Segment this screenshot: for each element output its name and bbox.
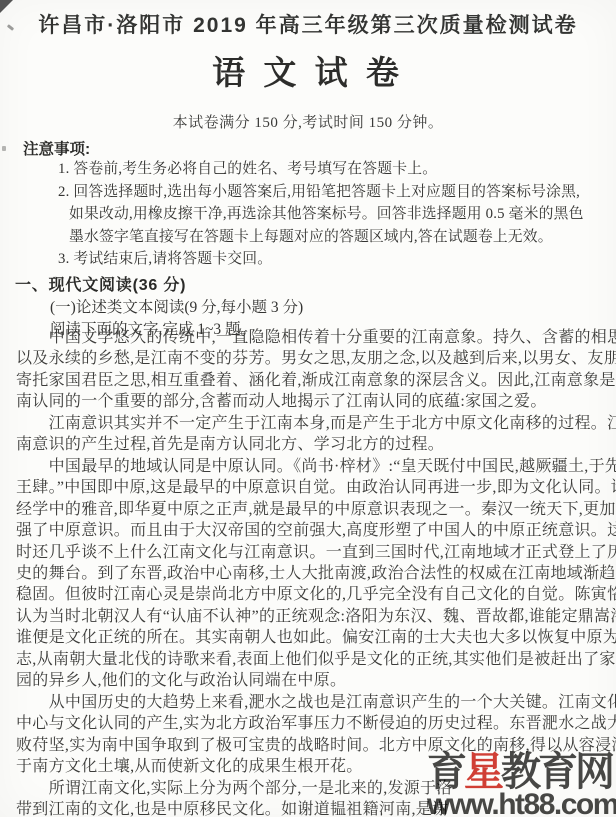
section-heading: 一、现代文阅读(36 分)	[15, 272, 186, 295]
passage-line: 认为当时北朝汉人有“认庙不认神”的正统观念:洛阳为东汉、魏、晋故都,谁能定鼎嵩洛…	[16, 606, 610, 627]
passage-line: 强了中原意识。而且由于大汉帝国的空前强大,高度形塑了中国人的中原正统意识。这	[16, 520, 610, 541]
passage-line: 南意识的产生过程,首先是南方认同北方、学习北方的过程。	[16, 434, 610, 455]
notice-line: 2. 回答选择题时,选出每小题答案后,用铅笔把答题卡上对应题目的答案标号涂黑,	[58, 181, 603, 204]
passage-line: 史的舞台。到了东晋,政治中心南移,士人大批南渡,政治合法性的权威在江南地域渐趋	[16, 563, 610, 584]
passage-line: 从中国历史的大趋势上来看,淝水之战也是江南意识产生的一个大关键。江南文化	[16, 692, 610, 713]
exam-info-line: 本试卷满分 150 分,考试时间 150 分钟。	[0, 111, 616, 132]
passage-line: 中国最早的地域认同是中原认同。《尚书·梓材》:“皇天既付中国民,越厥疆土,于先	[16, 456, 610, 477]
notice-list: 1. 答卷前,考生务必将自己的姓名、考号填写在答题卡上。2. 回答选择题时,选出…	[58, 158, 603, 271]
exam-paper-page: 许昌市·洛阳市 2019 年高三年级第三次质量检测试卷 语 文 试 卷 本试卷满…	[0, 0, 616, 817]
passage-line: 江南意识其实并不一定产生于江南本身,而是产生于北方中原文化南移的过程。江	[16, 413, 610, 434]
passage-line: 园的异乡人,他们的文化与政治认同端在中原。	[16, 670, 610, 691]
notice-line: 1. 答卷前,考生务必将自己的姓名、考号填写在答题卡上。	[58, 158, 603, 181]
passage-line: 王肆。”中国即中原,这是最早的中原意识自觉。由政治认同再进一步,即为文化认同。诗	[16, 477, 610, 498]
passage-line: 志,从南朝大量北伐的诗歌来看,表面上他们似乎是文化的正统,其实他们是被赶出了家	[16, 649, 610, 670]
notice-line: 3. 考试结束后,请将答题卡交回。	[58, 248, 603, 271]
passage-line: 以及永续的乡愁,是江南不变的芬芳。男女之思,友朋之念,以及越到后来,以男女、友朋	[16, 348, 610, 369]
exam-header-title: 许昌市·洛阳市 2019 年高三年级第三次质量检测试卷	[0, 9, 616, 39]
notice-line: 如果改动,用橡皮擦干净,再选涂其他答案标号。回答非选择题用 0.5 毫米的黑色	[58, 203, 603, 226]
notice-line: 墨水签字笔直接写在答题卡上每题对应的答题区域内,答在试题卷上无效。	[58, 226, 603, 249]
section-subheading: (一)论述类文本阅读(9 分,每小题 3 分)	[50, 295, 303, 317]
passage-line: 时还几乎谈不上什么江南文化与江南意识。一直到三国时代,江南地域才正式登上了历	[16, 542, 610, 563]
passage-line: 中国文学悠久的传统中,一直隐隐相传着十分重要的江南意象。持久、含蓄的相思,	[16, 327, 610, 348]
passage-line: 中心与文化认同的产生,实为北方政治军事压力不断侵迫的历史过程。东晋淝水之战大	[16, 713, 610, 734]
paper-title: 语 文 试 卷	[0, 47, 616, 94]
reading-passage: 中国文学悠久的传统中,一直隐隐相传着十分重要的江南意象。持久、含蓄的相思,以及永…	[16, 327, 610, 817]
passage-line: 寄托家国君臣之思,相互重叠着、涵化着,渐成江南意象的深层含义。因此,江南意象是江	[16, 370, 610, 391]
scan-artifact-speck	[2, 146, 6, 151]
passage-line: 南认同的一个重要的部分,含蓄而动人地揭示了江南认同的底蕴:家国之爱。	[16, 391, 610, 412]
watermark-url: www.ht88.com	[427, 790, 616, 817]
passage-line: 经学中的雅音,即华夏中原之正声,就是最早的中原意识表现之一。秦汉一统天下,更加	[16, 499, 610, 520]
passage-line: 稳固。但彼时江南心灵是崇尚北方中原文化的,几乎完全没有自己文化的自觉。陈寅恪	[16, 584, 610, 605]
watermark: 育星教育网 www.ht88.com	[427, 751, 616, 817]
watermark-brand: 育星教育网	[427, 751, 616, 793]
passage-line: 谁便是文化正统的所在。其实南朝人也如此。偏安江南的士大夫也大多以恢复中原为	[16, 627, 610, 648]
notice-heading: 注意事项:	[23, 137, 90, 159]
